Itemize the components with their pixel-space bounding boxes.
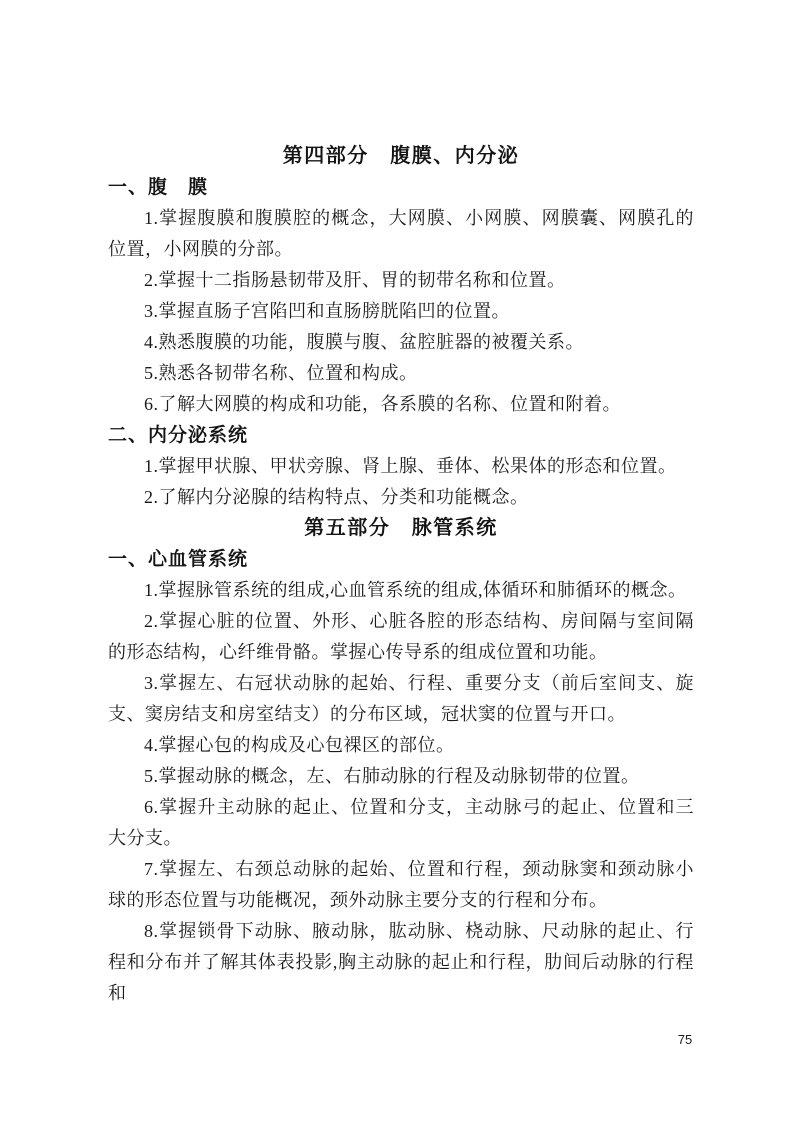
syllabus-item: 2.掌握心脏的位置、外形、心脏各腔的形态结构、房间隔与室间隔的形态结构，心纤维骨… [108,606,694,668]
syllabus-item: 3.掌握左、右冠状动脉的起始、行程、重要分支（前后室间支、旋支、窦房结支和房室结… [108,668,694,730]
syllabus-item: 4.熟悉腹膜的功能，腹膜与腹、盆腔脏器的被覆关系。 [108,327,694,358]
document-page: 第四部分 腹膜、内分泌 一、腹 膜 1.掌握腹膜和腹膜腔的概念，大网膜、小网膜、… [0,0,793,1122]
syllabus-item: 6.掌握升主动脉的起止、位置和分支，主动脉弓的起止、位置和三大分支。 [108,792,694,854]
syllabus-item: 1.掌握腹膜和腹膜腔的概念，大网膜、小网膜、网膜囊、网膜孔的位置，小网膜的分部。 [108,203,694,265]
syllabus-item: 2.掌握十二指肠悬韧带及肝、胃的韧带名称和位置。 [108,265,694,296]
part4-section2-heading: 二、内分泌系统 [108,420,694,451]
part4-section1-heading: 一、腹 膜 [108,172,694,203]
part5-section1-heading: 一、心血管系统 [108,544,694,575]
syllabus-item: 3.掌握直肠子宫陷凹和直肠膀胱陷凹的位置。 [108,296,694,327]
syllabus-item: 6.了解大网膜的构成和功能，各系膜的名称、位置和附着。 [108,389,694,420]
page-number: 75 [670,1032,700,1047]
part4-title: 第四部分 腹膜、内分泌 [108,141,694,172]
syllabus-item: 5.熟悉各韧带名称、位置和构成。 [108,358,694,389]
syllabus-item: 7.掌握左、右颈总动脉的起始、位置和行程，颈动脉窦和颈动脉小球的形态位置与功能概… [108,854,694,916]
page-content: 第四部分 腹膜、内分泌 一、腹 膜 1.掌握腹膜和腹膜腔的概念，大网膜、小网膜、… [108,141,694,1009]
syllabus-item: 1.掌握甲状腺、甲状旁腺、肾上腺、垂体、松果体的形态和位置。 [108,451,694,482]
syllabus-item: 8.掌握锁骨下动脉、腋动脉，肱动脉、桡动脉、尺动脉的起止、行程和分布并了解其体表… [108,916,694,1009]
syllabus-item: 4.掌握心包的构成及心包裸区的部位。 [108,730,694,761]
part5-title: 第五部分 脉管系统 [108,513,694,544]
syllabus-item: 1.掌握脉管系统的组成,心血管系统的组成,体循环和肺循环的概念。 [108,575,694,606]
syllabus-item: 5.掌握动脉的概念，左、右肺动脉的行程及动脉韧带的位置。 [108,761,694,792]
syllabus-item: 2.了解内分泌腺的结构特点、分类和功能概念。 [108,482,694,513]
